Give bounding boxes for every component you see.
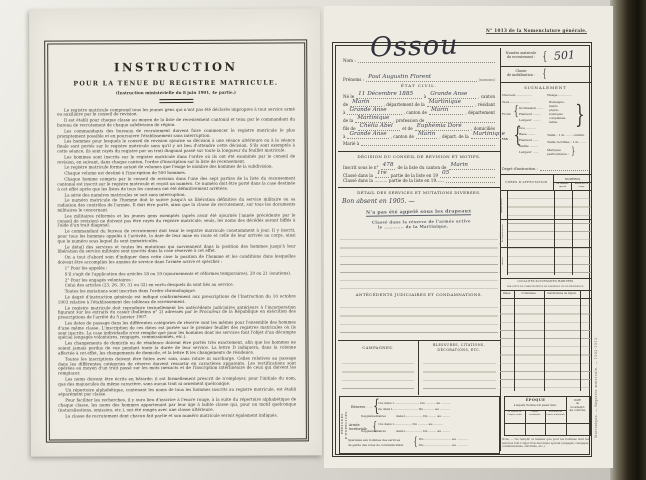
decision-line-3: Classé dans la .......... partie de la l… <box>343 178 495 183</box>
instruction-subnote: (Instruction ministérielle du 8 juin 190… <box>57 89 295 95</box>
printed-label: , canton de <box>391 134 414 139</box>
reserve-label: Réserve . . . <box>351 405 372 409</box>
front-label: Front <box>502 112 511 116</box>
corps-group-strip-divider <box>507 191 508 275</box>
handwritten-value: Grande Anse <box>347 108 401 115</box>
printed-label: et de <box>402 126 413 131</box>
instruction-paragraph: Les changements de domicile ou de réside… <box>58 341 296 356</box>
handwritten-value: Euphémia Doré <box>415 124 469 131</box>
decision-line-1: Inscrit sous le n° 478 de la liste du ca… <box>343 163 495 170</box>
corps-group3-label: Armée territoriale et sa réserve. <box>500 248 507 274</box>
handwritten-value: Chélia Abel <box>358 124 401 131</box>
instruction-paragraph: On a tout d'abord soin d'indiquer dans c… <box>58 255 296 266</box>
marie-label: Marié à <box>343 141 359 146</box>
campagnes-ruled-area <box>342 356 414 393</box>
instruction-paragraph: Le numéro matricule de l'homme doit le s… <box>57 198 295 213</box>
marie-line: Marié à <box>343 141 495 146</box>
instruction-paragraph: Le degré d'instruction générale est indi… <box>58 294 296 305</box>
date-line: des contrôles. <box>569 409 586 412</box>
degre-instruction-line: Degré d'instruction : <box>502 166 588 171</box>
printed-label: de la liste du canton de <box>397 165 446 170</box>
prenoms-suffix: (surnoms) <box>479 78 495 82</box>
printed-label: , résidant <box>475 102 495 107</box>
localites-col-dates: Dates. <box>500 292 514 295</box>
etat-civil-line-3: à Grande Anse , canton de Marin , départ… <box>343 108 495 115</box>
instruction-paragraph: La classe de recrutement dont chacun fai… <box>58 413 296 419</box>
handwritten-value: 1re <box>375 171 389 178</box>
epoque-table: ÉPOQUE à laquelle l'homme doit passer da… <box>504 396 591 436</box>
stamp-reserve-line-2: le ............ de la Martinique. <box>378 224 449 230</box>
printed-label: Inscrit sous le n° <box>343 165 379 170</box>
instruction-paragraph: Toutes les inscriptions doivent être fai… <box>58 356 296 376</box>
dotted-leader <box>446 178 495 183</box>
marques-label: Marques particulières : <box>547 148 569 157</box>
classe-label: Classe de mobilisation : <box>503 69 539 77</box>
supplementaires-row-2: dans l................, Du ........ au .… <box>396 429 450 433</box>
corps-col-divider-2 <box>572 191 573 275</box>
instruction-paragraph: Chaque homme compris par le conseil de r… <box>57 177 295 192</box>
localites-divider-1 <box>514 290 515 391</box>
etat-civil-heading: ÉTAT CIVIL. <box>338 83 500 88</box>
periodes-box: PÉRIODES D'EXERCICES. Réserve . . . { 1r… <box>339 396 500 454</box>
handwritten-value: 478 <box>381 163 396 170</box>
classe-label-line-2: de mobilisation : <box>507 73 535 77</box>
instruction-paragraph: Pour faciliter les recherches, il y aura… <box>58 398 296 413</box>
antecedents-heading: ANTÉCÉDENTS JUDICIAIRES ET CONDAMNATIONS… <box>338 292 500 297</box>
matricule-brace: { <box>543 50 548 62</box>
printed-label: Classé dans la <box>343 173 373 178</box>
printed-label: de <box>343 102 348 107</box>
speciales-row-2: Du ........................... au ......… <box>419 443 468 447</box>
numeros-sub2: matricule au corps <box>572 183 591 191</box>
handwritten-value: Grande Anse <box>428 92 476 99</box>
stamp-not-called: N'a pas été appelé sous les drapeaux <box>366 209 471 216</box>
degre-label: Degré d'instruction : <box>502 167 538 171</box>
etat-civil-line-1: Né le 11 Décembre 1885 à Grande Anse , c… <box>343 92 495 99</box>
printed-label: à <box>424 94 426 99</box>
matricule-number-cell: Numéro matricule du recrutement : { 501 <box>500 48 591 67</box>
supplementaires-row: dans l................, Du ........ au .… <box>396 414 450 418</box>
instruction-paragraph: Les militaires réformés et les jeunes ge… <box>57 213 295 228</box>
periodes-vertical-label: PÉRIODES D'EXERCICES. <box>340 399 347 449</box>
services-heading: DÉTAIL DES SERVICES ET MUTATIONS DIVERSE… <box>338 190 500 195</box>
epoque-subtitle: à laquelle l'homme doit passer dans : <box>505 404 566 407</box>
signalement-heading: SIGNALEMENT <box>500 85 591 90</box>
dotted-leader <box>426 118 495 123</box>
corps-col-divider-1 <box>554 191 555 275</box>
localites-divider-2 <box>544 290 545 391</box>
instruction-content: INSTRUCTION POUR LA TENUE DU REGISTRE MA… <box>57 46 297 436</box>
etat-civil-line-4: de la Martinique , profession de <box>343 116 495 123</box>
corps-title-cell: CORPS D'AFFECTATION <box>500 175 554 191</box>
blessures-ruled-area <box>423 356 496 393</box>
section-rule <box>338 187 500 188</box>
services-handwritten-note: Bon absent en 1905. — <box>342 198 415 205</box>
blessures-title-line-1: BLESSURES, CITATIONS, <box>418 343 500 347</box>
instruction-subtitle: POUR LA TENUE DU REGISTRE MATRICULE. <box>57 79 295 87</box>
taille-rectifiee-field: Taille rectifiée : 1 m. ...... <box>547 140 586 144</box>
handwritten-value: Martinique <box>355 116 391 123</box>
corps-group-separator-1 <box>500 219 591 220</box>
front-inclinaison: Inclinaison ...... <box>519 106 543 110</box>
front-hauteur: Hauteur ........ <box>519 112 541 116</box>
instruction-paragraph: S'il s'agit de l'application des article… <box>58 271 296 277</box>
blessures-title-line-2: DÉCORATIONS, ETC. <box>418 348 500 352</box>
handwritten-value: 11 Décembre 1885 <box>356 92 422 99</box>
nez-saillie: Saillie ........ <box>519 144 538 148</box>
localites-col-communes: Communes. <box>514 292 544 295</box>
epoque-row-rule <box>505 423 590 424</box>
prenoms-label: Prénoms : <box>343 77 364 82</box>
printed-label: , départ. de la <box>439 134 468 139</box>
etat-civil-line-6: à Grande Anse , canton de Marin , départ… <box>343 132 495 139</box>
instruction-paragraph: Le commandant du bureau de recrutement d… <box>57 229 295 244</box>
localites-divider-3 <box>580 290 581 391</box>
taille-field: Taille : 1 m. ...... centim. <box>547 133 585 137</box>
instruction-paragraph: Les noms doivent être écrits en bâtarde;… <box>58 376 296 387</box>
corps-group-separator-2 <box>500 247 591 248</box>
handwritten-value: Marin <box>416 132 437 139</box>
matricule-form-content: Ossou Nom : Prénoms : Paul Augustin Flor… <box>338 48 586 451</box>
decision-line-2: Classé dans la 1re partie de la liste en… <box>343 171 495 178</box>
right-page: N° 1013 de la Nomenclature générale. Mar… <box>324 6 613 468</box>
rens-line: taires. <box>549 120 558 124</box>
nom-label: Nom : <box>343 58 356 63</box>
handwritten-value: 05 <box>440 171 451 178</box>
campagnes-blessures-section: CAMPAGNES. BLESSURES, CITATIONS, DÉCORAT… <box>338 340 500 395</box>
handwritten-value: Marin <box>429 108 463 115</box>
supplementaires-label: Supplémentaires <box>361 414 386 418</box>
services-ruled-area <box>340 232 498 289</box>
epoque-col-2: l'armée territoriale. <box>525 411 545 416</box>
reserve-row-2: 2e dans l........................., Du .… <box>378 407 450 411</box>
printed-label: Classé dans la .......... partie de la l… <box>343 178 444 183</box>
renseignements-label: Renseigne- ments physio- nomiques complé… <box>549 100 566 124</box>
epoque-nota: Nota. — Ne remplir ce tableau que pour l… <box>502 438 589 449</box>
nom-line: Nom : <box>343 58 495 63</box>
prenoms-handwritten: Paul Augustin Florent <box>366 75 477 82</box>
localites-table: LOCALITÉS SUCCESSIVES HABITÉES PAR SUITE… <box>500 278 591 391</box>
printed-label: , domiciliés <box>471 126 495 131</box>
epoque-date-header: DATE de la radiation des contrôles. <box>566 399 589 412</box>
epoque-divider-2 <box>545 410 546 435</box>
printed-label: , canton <box>478 94 495 99</box>
printed-label: fils de <box>343 126 356 131</box>
reserve-row-1: 1re dans l........................., Du … <box>378 401 451 405</box>
corps-affectation-table: CORPS D'AFFECTATION NUMÉROS au contrôle … <box>500 174 591 275</box>
speciales-row-1: Du ........................... au ......… <box>419 437 468 441</box>
instruction-paragraph: Le registre matricule doit reproduire te… <box>58 305 296 320</box>
territoriale-row-1: 1re dans l................., Du ........… <box>378 422 443 426</box>
printed-label: , profession de <box>393 118 424 123</box>
classe-brace: { <box>542 68 546 79</box>
left-page: INSTRUCTION POUR LA TENUE DU REGISTRE MA… <box>29 8 322 456</box>
title-divider <box>159 98 193 102</box>
instruction-paragraphs: Le registre matricule comprend tous les … <box>57 107 296 419</box>
marques-line: particulières : <box>547 152 569 156</box>
front-largeur: Largeur ........ <box>519 118 541 122</box>
dotted-leader <box>453 173 495 178</box>
supplementaires-label-2: Supplémentaires <box>361 429 386 433</box>
handwritten-value: Marin <box>449 163 495 170</box>
prenoms-line: Prénoms : Paul Augustin Florent (surnoms… <box>343 75 495 82</box>
nomenclature-note: N° 1013 de la Nomenclature générale. <box>486 28 587 34</box>
corps-group2-label: Disponibilité et réserve de l'armée acti… <box>500 220 507 246</box>
section-rule <box>338 151 500 152</box>
epoque-col-3: la réserve de l'armée territoriale. <box>545 411 566 416</box>
book-spine <box>610 0 646 480</box>
handwritten-value: Marin <box>350 100 381 107</box>
dotted-leader <box>540 166 588 171</box>
etat-civil-line-2: de Marin , département de la Martinique … <box>343 100 495 107</box>
printed-label: à <box>343 134 345 139</box>
marques-brace: } <box>571 147 575 157</box>
corps-group1-label: Armée active. <box>500 192 507 218</box>
front-brace: { <box>514 105 519 118</box>
localites-title-line-1: LOCALITÉS SUCCESSIVES HABITÉES <box>500 280 591 283</box>
numeros-sub1: au contrôle spécial <box>554 183 572 191</box>
epoque-divider-1 <box>525 410 526 435</box>
renseignements-brace: } <box>575 102 585 127</box>
visage-field: Visage .............. <box>547 93 572 97</box>
speciales-brace: { <box>413 436 417 447</box>
epoque-col-1: la réserve de l'armée active. <box>505 411 525 416</box>
classe-mobilisation-cell: Classe de mobilisation : { <box>500 66 591 83</box>
printed-label: de la <box>343 118 353 123</box>
antecedents-ruled-area <box>340 300 498 337</box>
numeros-header: NUMÉROS <box>554 175 591 183</box>
localites-col-subdivisions: Subdivisions de région. <box>544 292 580 295</box>
matricule-form-box: Ossou Nom : Prénoms : Paul Augustin Flor… <box>332 42 592 457</box>
instruction-box-inner-rule: INSTRUCTION POUR LA TENUE DU REGISTRE MA… <box>47 42 307 440</box>
printed-label: , département <box>465 110 495 115</box>
spine-caption: Martinique. — Registre matricule. — 1902… <box>594 298 598 438</box>
epoque-title: ÉPOQUE <box>505 398 566 402</box>
nez-hauteur: Hauteur ...... <box>519 138 539 142</box>
printed-label: Né le <box>343 94 354 99</box>
nez-label: Nez . . <box>502 137 512 141</box>
printed-label: , canton de <box>404 110 427 115</box>
corps-rows <box>507 191 591 275</box>
speciales-label-line-2: de garde des voies de communication. <box>348 443 404 447</box>
instruction-title: INSTRUCTION <box>57 59 295 74</box>
signalement-fields: Cheveux ................ Yeux ..........… <box>500 93 591 165</box>
nez-largeur: Largeur ...... <box>519 150 539 154</box>
cheveux-field: Cheveux ................ <box>502 93 532 97</box>
printed-label: partie de la liste en 19 <box>391 173 438 178</box>
dotted-leader <box>361 141 495 146</box>
dotted-leader <box>358 58 495 63</box>
speciales-label-line-1: Spéciales aux hommes des services <box>348 438 400 442</box>
campagnes-title: CAMPAGNES. <box>338 345 418 350</box>
printed-label: , département de la <box>384 102 425 107</box>
decision-heading: DÉCISION DU CONSEIL DE REVISION ET MOTIF… <box>338 154 500 159</box>
matricule-label-line-2: du recrutement : <box>507 55 535 59</box>
instruction-box: INSTRUCTION POUR LA TENUE DU REGISTRE MA… <box>44 39 309 442</box>
matricule-form-inner-rule: Ossou Nom : Prénoms : Paul Augustin Flor… <box>335 45 590 455</box>
instruction-paragraph: Les hommes pour lesquels le conseil de r… <box>57 139 295 154</box>
nez-base: Base ........ <box>519 132 535 136</box>
matricule-number-handwritten: 501 <box>554 48 576 62</box>
handwritten-value: Grande Anse <box>347 132 388 139</box>
etat-civil-line-5: fils de Chélia Abel et de Euphémia Doré … <box>343 124 495 131</box>
printed-label: à <box>343 110 345 115</box>
handwritten-value: Martinique <box>427 100 473 107</box>
nez-dos: Dos .......... <box>519 126 536 130</box>
instruction-paragraph: Les dates de passage dans les différente… <box>58 320 296 340</box>
matricule-label: Numéro matricule du recrutement : <box>503 51 539 59</box>
localites-title-line-2: PAR SUITE DE CHANGEMENTS DE DOMICILE OU … <box>500 285 591 288</box>
